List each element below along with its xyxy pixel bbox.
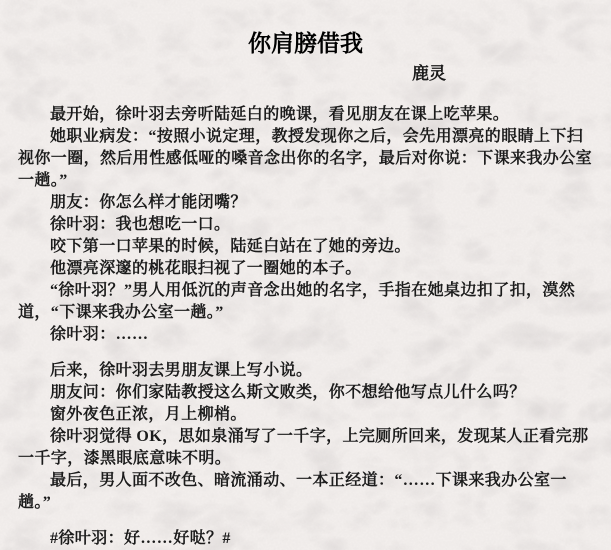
story-paragraph: 徐叶羽：…… bbox=[18, 324, 593, 346]
story-paragraph: 最开始，徐叶羽去旁听陆延白的晚课，看见朋友在课上吃苹果。 bbox=[18, 104, 593, 126]
blank-line bbox=[18, 514, 593, 528]
page-title: 你肩膀借我 bbox=[18, 28, 593, 60]
story-paragraph: 徐叶羽：我也想吃一口。 bbox=[18, 214, 593, 236]
story-paragraph: 徐叶羽觉得 OK，思如泉涌写了一千字，上完厕所回来，发现某人正看完那一千字，漆黑… bbox=[18, 426, 593, 470]
story-paragraph: “徐叶羽？”男人用低沉的声音念出她的名字，手指在她桌边扣了扣，漠然道，“下课来我… bbox=[18, 280, 593, 324]
story-paragraph: 咬下第一口苹果的时候，陆延白站在了她的旁边。 bbox=[18, 236, 593, 258]
story-paragraph: 她职业病发：“按照小说定理，教授发现你之后，会先用漂亮的眼睛上下扫视你一圈，然后… bbox=[18, 126, 593, 192]
story-paragraph: 朋友：你怎么样才能闭嘴？ bbox=[18, 192, 593, 214]
story-paragraph: 后来，徐叶羽去男朋友课上写小说。 bbox=[18, 360, 593, 382]
story-paragraph: 朋友问：你们家陆教授这么斯文败类，你不想给他写点儿什么吗？ bbox=[18, 382, 593, 404]
author-name: 鹿灵 bbox=[412, 63, 446, 85]
story-paragraph: 窗外夜色正浓，月上柳梢。 bbox=[18, 404, 593, 426]
story-body: 最开始，徐叶羽去旁听陆延白的晚课，看见朋友在课上吃苹果。 她职业病发：“按照小说… bbox=[18, 104, 593, 550]
story-paragraph: #徐叶羽：好……好哒？# bbox=[18, 528, 593, 550]
story-paragraph: 他漂亮深邃的桃花眼扫视了一圈她的本子。 bbox=[18, 258, 593, 280]
story-paragraph: 最后，男人面不改色、暗流涌动、一本正经道：“……下课来我办公室一趟。” bbox=[18, 470, 593, 514]
author-row: 鹿灵 bbox=[18, 63, 593, 85]
blank-line bbox=[18, 346, 593, 360]
story-document: 你肩膀借我 鹿灵 最开始，徐叶羽去旁听陆延白的晚课，看见朋友在课上吃苹果。 她职… bbox=[0, 0, 611, 550]
